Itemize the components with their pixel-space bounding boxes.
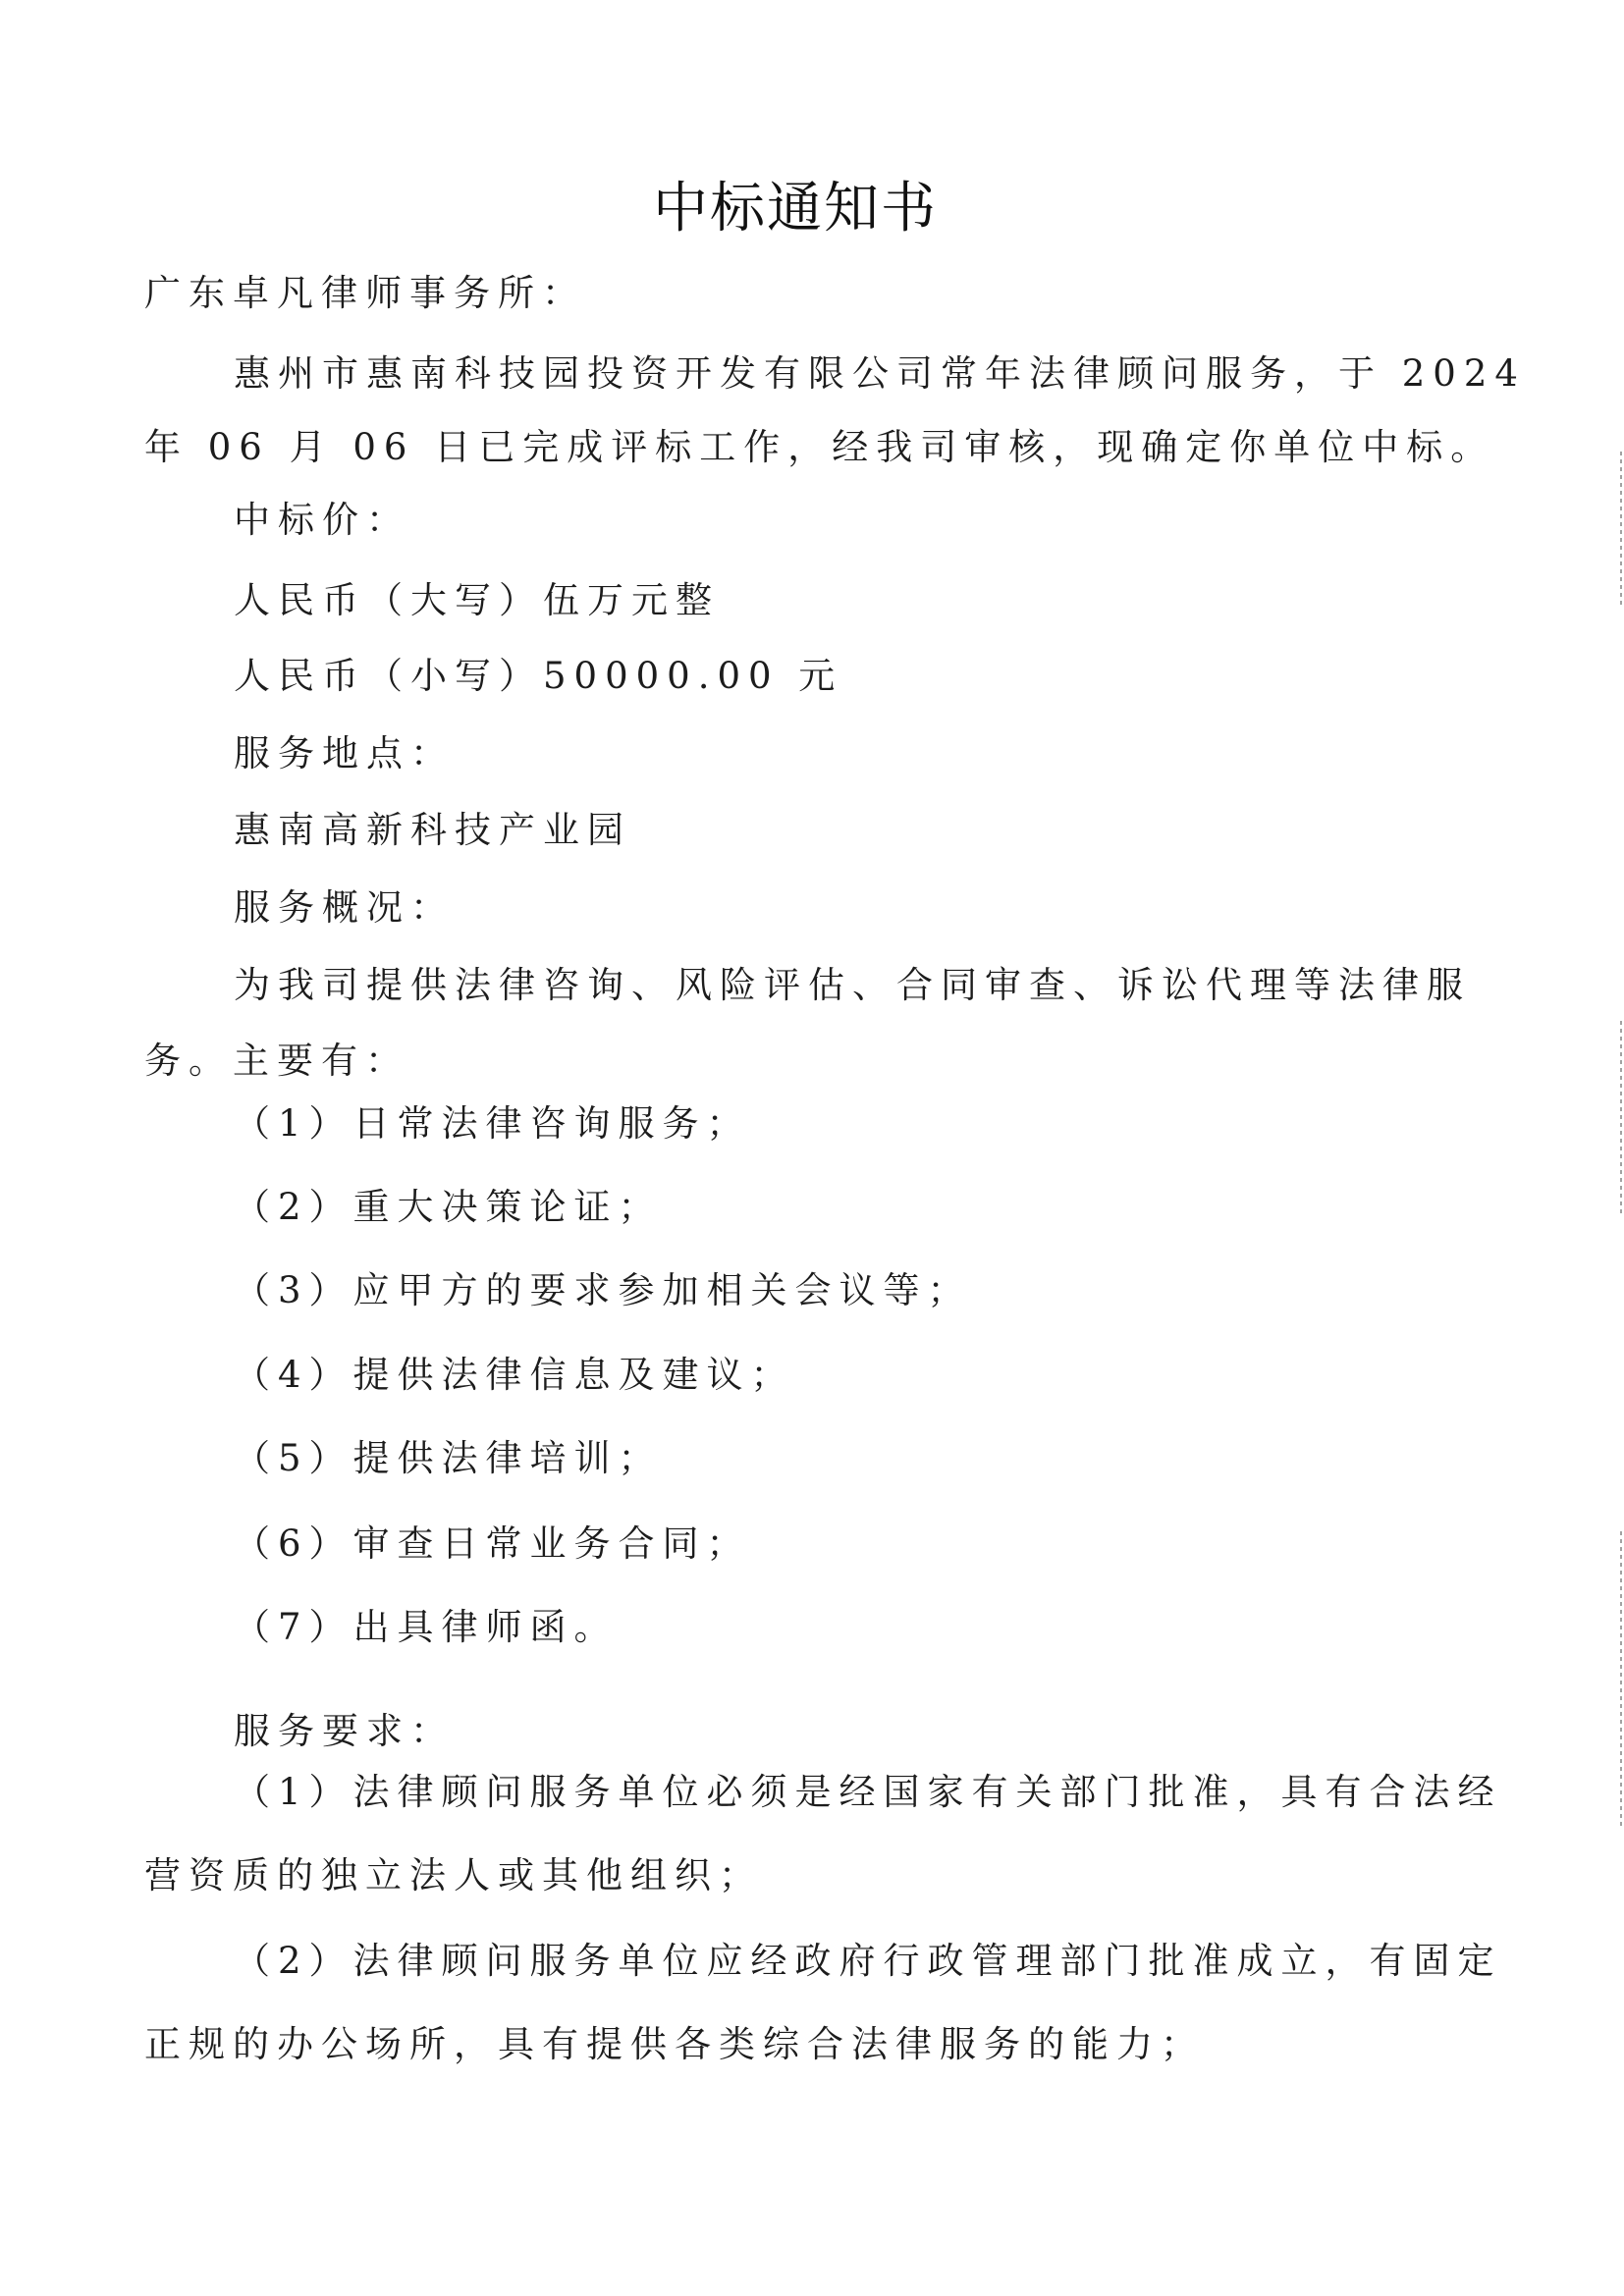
- requirement-2-line-2: 正规的办公场所，具有提供各类综合法律服务的能力；: [144, 2020, 1205, 2069]
- scan-edge-artifact: [1620, 452, 1622, 609]
- addressee: 广东卓凡律师事务所：: [144, 269, 586, 318]
- document-title: 中标通知书: [0, 177, 1591, 241]
- service-location-value: 惠南高新科技产业园: [234, 806, 631, 855]
- overview-item-5: （5）提供法律培训；: [234, 1434, 663, 1483]
- bid-price-uppercase: 人民币（大写）伍万元整: [234, 576, 720, 625]
- service-overview-heading: 服务概况：: [234, 883, 455, 933]
- requirement-1-line-1: （1）法律顾问服务单位必须是经国家有关部门批准，具有合法经: [234, 1768, 1502, 1817]
- service-location-heading: 服务地点：: [234, 729, 455, 778]
- overview-item-4: （4）提供法律信息及建议；: [234, 1351, 795, 1400]
- document-page: 中标通知书 广东卓凡律师事务所： 惠州市惠南科技园投资开发有限公司常年法律顾问服…: [0, 0, 1624, 2296]
- requirement-2-line-1: （2）法律顾问服务单位应经政府行政管理部门批准成立，有固定: [234, 1937, 1502, 1986]
- overview-item-7: （7）出具律师函。: [234, 1603, 619, 1652]
- intro-line-1: 惠州市惠南科技园投资开发有限公司常年法律顾问服务，于 2024: [234, 349, 1526, 399]
- overview-item-3: （3）应甲方的要求参加相关会议等；: [234, 1266, 972, 1315]
- service-overview-text-2: 务。主要有：: [144, 1037, 409, 1086]
- overview-item-2: （2）重大决策论证；: [234, 1183, 663, 1232]
- intro-line-2: 年 06 月 06 日已完成评标工作，经我司审核，现确定你单位中标。: [144, 423, 1494, 472]
- overview-item-1: （1）日常法律咨询服务；: [234, 1099, 751, 1148]
- service-requirements-heading: 服务要求：: [234, 1707, 455, 1756]
- service-overview-text-1: 为我司提供法律咨询、风险评估、合同审查、诉讼代理等法律服: [234, 961, 1471, 1010]
- bid-price-heading: 中标价：: [234, 496, 410, 545]
- scan-edge-artifact: [1620, 1021, 1622, 1217]
- overview-item-6: （6）审查日常业务合同；: [234, 1520, 751, 1569]
- bid-price-lowercase: 人民币（小写）50000.00 元: [234, 652, 842, 701]
- scan-edge-artifact: [1620, 1531, 1622, 1826]
- requirement-1-line-2: 营资质的独立法人或其他组织；: [144, 1851, 763, 1900]
